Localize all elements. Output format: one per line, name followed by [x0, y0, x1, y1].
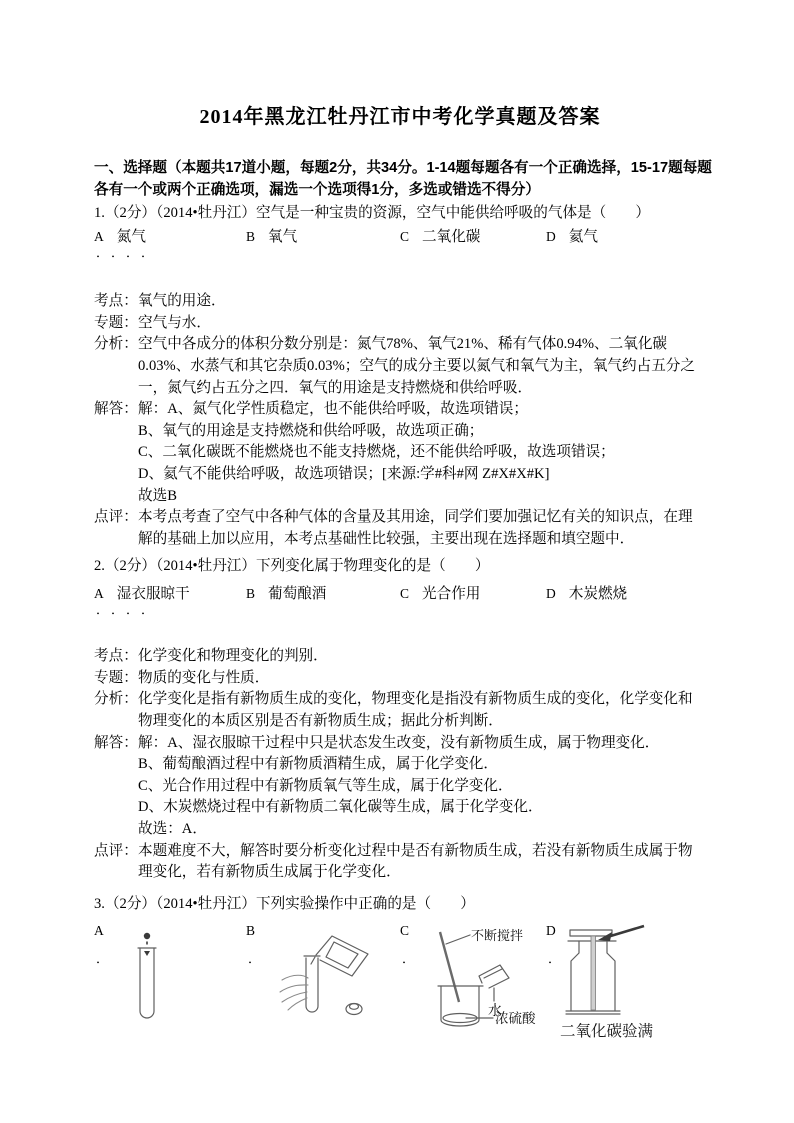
jieda-line: 故选：A． — [138, 819, 706, 841]
option-period: ． — [96, 948, 109, 970]
option-text: 氦气 — [569, 229, 598, 245]
option-text: 氮气 — [117, 229, 146, 245]
q3-option-a-figure: A ． — [94, 918, 246, 1048]
option-period: ． — [139, 248, 154, 264]
jieda-label: 解答： — [94, 733, 138, 841]
zhuanti-text: 物质的变化与性质． — [138, 668, 706, 690]
q1-dianping-row: 点评： 本考点考查了空气中各种气体的含量及其用途，同学们要加强记忆有关的知识点，… — [94, 507, 708, 550]
pouring-liquid-into-test-tube-illustration — [254, 926, 378, 1030]
q2-kaodian-row: 考点： 化学变化和物理变化的判别． — [94, 646, 708, 668]
q2-zhuanti-row: 专题： 物质的变化与性质． — [94, 668, 708, 690]
co2-full-label: 二氧化碳验满 — [560, 1022, 654, 1040]
stir-label: 不断搅拌 — [471, 928, 523, 943]
q2-fenxi-row: 分析： 化学变化是指有新物质生成的变化，物理变化是指没有新物质生成的变化，化学变… — [94, 689, 708, 732]
dianping-text: 本考点考查了空气中各种气体的含量及其用途，同学们要加强记忆有关的知识点，在理解的… — [138, 507, 706, 550]
burning-splint-icon — [591, 936, 596, 1010]
zhuanti-text: 空气与水． — [138, 313, 706, 335]
section-header: 一、选择题（本题共17道小题，每题2分，共34分。1-14题每题各有一个正确选择… — [94, 158, 713, 202]
option-letter: B — [246, 226, 255, 248]
q2-option-c: C光合作用 — [400, 583, 546, 606]
q3-stem: 3.（2分）（2014•牡丹江）下列实验操作中正确的是（ ） — [94, 894, 708, 916]
jieda-text: 解：A、湿衣服晾干过程中只是状态发生改变，没有新物质生成，属于物理变化． B、葡… — [138, 733, 706, 841]
q1-jieda-row: 解答： 解：A、氮气化学性质稳定，也不能供给呼吸，故选项错误； B、氧气的用途是… — [94, 399, 708, 507]
jieda-line: B、氧气的用途是支持燃烧和供给呼吸，故选项正确； — [138, 421, 706, 443]
beaker-icon — [441, 986, 479, 1026]
test-tube-icon — [140, 948, 154, 1018]
q1-zhuanti-row: 专题： 空气与水． — [94, 313, 708, 335]
fenxi-label: 分析： — [94, 334, 138, 399]
option-letter: A — [94, 226, 104, 248]
jieda-line: 解：A、湿衣服晾干过程中只是状态发生改变，没有新物质生成，属于物理变化． — [138, 733, 706, 755]
fenxi-text: 化学变化是指有新物质生成的变化，物理变化是指没有新物质生成的变化，化学变化和物理… — [138, 689, 706, 732]
option-letter: D — [546, 920, 556, 942]
option-period: ． — [94, 605, 109, 621]
acid-label: 浓硫酸 — [495, 1011, 536, 1026]
jieda-label: 解答： — [94, 399, 138, 507]
question-3: 3.（2分）（2014•牡丹江）下列实验操作中正确的是（ ） A ． B ． — [94, 894, 708, 1048]
kaodian-label: 考点： — [94, 291, 138, 313]
option-letter: A — [94, 583, 104, 605]
option-text: 氧气 — [268, 229, 297, 245]
option-text: 二氧化碳 — [422, 229, 480, 245]
option-text: 葡萄酿酒 — [268, 586, 326, 602]
label-pointer-line — [446, 935, 470, 944]
q2-jieda-row: 解答： 解：A、湿衣服晾干过程中只是状态发生改变，没有新物质生成，属于物理变化．… — [94, 733, 708, 841]
option-text: 湿衣服晾干 — [117, 586, 190, 602]
jieda-line: D、氦气不能供给呼吸，故选项错误；[来源:学#科#网 Z#X#X#K] — [138, 464, 706, 486]
q2-option-d: D木炭燃烧 — [546, 583, 696, 606]
option-text: 光合作用 — [422, 586, 480, 602]
question-2: 2.（2分）（2014•牡丹江）下列变化属于物理变化的是（ ） A湿衣服晾干 B… — [94, 556, 708, 884]
question-1: 1.（2分）（2014•牡丹江）空气是一种宝贵的资源，空气中能供给呼吸的气体是（… — [94, 203, 708, 550]
q1-option-c: C二氧化碳 — [400, 226, 546, 249]
exam-document-page: 2014年黑龙江牡丹江市中考化学真题及答案 一、选择题（本题共17道小题，每题2… — [0, 0, 794, 1123]
zhuanti-label: 专题： — [94, 668, 138, 690]
jieda-line: C、光合作用过程中有新物质氧气等生成，属于化学变化． — [138, 776, 706, 798]
option-text: 木炭燃烧 — [569, 586, 627, 602]
option-letter: A — [94, 920, 104, 942]
option-letter: B — [246, 583, 255, 605]
liquid-stream-icon — [311, 957, 315, 964]
jieda-text: 解：A、氮气化学性质稳定，也不能供给呼吸，故选项错误； B、氧气的用途是支持燃烧… — [138, 399, 706, 507]
option-period: ． — [109, 248, 124, 264]
option-period: ． — [124, 605, 139, 621]
water-bottle-icon — [479, 965, 509, 988]
option-letter: C — [400, 226, 409, 248]
q3-option-b-figure: B ． — [246, 918, 400, 1048]
q1-analysis-block: 考点： 氧气的用途． 专题： 空气与水． 分析： 空气中各成分的体积分数分别是：… — [94, 291, 708, 550]
q1-kaodian-row: 考点： 氧气的用途． — [94, 291, 708, 313]
q3-figures-row: A ． B ． — [94, 918, 708, 1048]
jieda-line: C、二氧化碳既不能燃烧也不能支持燃烧，还不能供给呼吸，故选项错误； — [138, 442, 706, 464]
option-period: ． — [109, 605, 124, 621]
dianping-text: 本题难度不大，解答时要分析变化过程中是否有新物质生成，若没有新物质生成属于物理变… — [138, 841, 706, 884]
dropper-tip-icon — [146, 941, 148, 944]
jieda-line: 故选B — [138, 486, 706, 508]
fenxi-text: 空气中各成分的体积分数分别是：氮气78%、氧气21%、稀有气体0.94%、二氧化… — [138, 334, 706, 399]
q2-analysis-block: 考点： 化学变化和物理变化的判别． 专题： 物质的变化与性质． 分析： 化学变化… — [94, 646, 708, 884]
co2-full-test-illustration: 二氧化碳验满 — [556, 924, 668, 1044]
q1-option-b: B氧气 — [246, 226, 400, 249]
dianping-label: 点评： — [94, 507, 138, 550]
glass-plate-icon — [570, 930, 612, 936]
option-period: ． — [94, 248, 109, 264]
q2-dianping-row: 点评： 本题难度不大，解答时要分析变化过程中是否有新物质生成，若没有新物质生成属… — [94, 841, 708, 884]
q2-option-b: B葡萄酿酒 — [246, 583, 400, 606]
jieda-line: 解：A、氮气化学性质稳定，也不能供给呼吸，故选项错误； — [138, 399, 706, 421]
option-letter: D — [546, 226, 556, 248]
diluting-sulfuric-acid-illustration: 不断搅拌 水 浓硫酸 — [414, 926, 536, 1038]
page-title: 2014年黑龙江牡丹江市中考化学真题及答案 — [94, 100, 706, 129]
q1-option-period-row: ． ． ． ． — [94, 248, 708, 264]
q1-option-d: D氦气 — [546, 226, 696, 249]
reagent-bottle-icon — [316, 936, 368, 976]
kaodian-text: 化学变化和物理变化的判别． — [138, 646, 706, 668]
option-letter: D — [546, 583, 556, 605]
jieda-line: D、木炭燃烧过程中有新物质二氧化碳等生成，属于化学变化． — [138, 797, 706, 819]
falling-drop-icon — [144, 951, 150, 956]
q1-options-row: A氮气 B氧气 C二氧化碳 D氦气 — [94, 226, 708, 249]
q2-options-row: A湿衣服晾干 B葡萄酿酒 C光合作用 D木炭燃烧 — [94, 583, 708, 606]
option-period: ． — [124, 248, 139, 264]
q2-option-period-row: ． ． ． ． — [94, 605, 708, 621]
option-period: ． — [139, 605, 154, 621]
q3-option-c-figure: C ． 不断搅拌 水 浓硫酸 — [400, 918, 546, 1048]
jieda-line: B、葡萄酿酒过程中有新物质酒精生成，属于化学变化． — [138, 754, 706, 776]
q1-stem: 1.（2分）（2014•牡丹江）空气是一种宝贵的资源，空气中能供给呼吸的气体是（… — [94, 203, 708, 225]
q3-option-d-figure: D ． 二氧化碳验满 — [546, 918, 708, 1048]
hand-icon — [282, 975, 308, 980]
kaodian-label: 考点： — [94, 646, 138, 668]
option-letter: C — [400, 920, 409, 942]
q1-fenxi-row: 分析： 空气中各成分的体积分数分别是：氮气78%、氧气21%、稀有气体0.94%… — [94, 334, 708, 399]
kaodian-text: 氧气的用途． — [138, 291, 706, 313]
dropper-bulb-icon — [144, 932, 150, 938]
q2-stem: 2.（2分）（2014•牡丹江）下列变化属于物理变化的是（ ） — [94, 556, 708, 578]
option-letter: C — [400, 583, 409, 605]
fenxi-label: 分析： — [94, 689, 138, 732]
dropper-into-test-tube-illustration — [122, 930, 182, 1030]
zhuanti-label: 专题： — [94, 313, 138, 335]
dianping-label: 点评： — [94, 841, 138, 884]
